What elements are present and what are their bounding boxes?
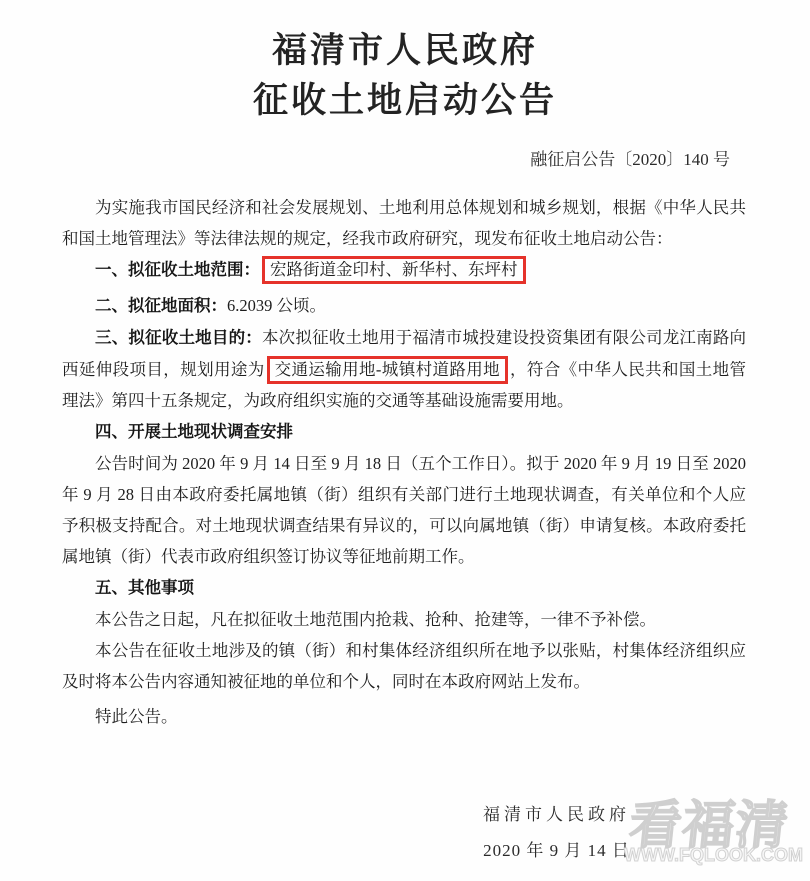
- item5-paragraph-2: 本公告在征收土地涉及的镇（街）和村集体经济组织所在地予以张贴，村集体经济组织应及…: [62, 635, 746, 697]
- item1-highlight-box: 宏路街道金印村、新华村、东坪村: [262, 256, 526, 284]
- item3-land-purpose: 三、拟征收土地目的：本次拟征收土地用于福清市城投建设投资集团有限公司龙江南路向西…: [62, 322, 746, 416]
- item4-paragraph: 公告时间为 2020 年 9 月 14 日至 9 月 18 日（五个工作日）。拟…: [62, 448, 746, 572]
- closing-statement: 特此公告。: [62, 701, 746, 732]
- item3-highlight-box: 交通运输用地-城镇村道路用地: [267, 356, 508, 384]
- item4-label: 四、开展土地现状调查安排: [95, 423, 293, 441]
- watermark: 看福清 WWW.FQLOOK.COM: [624, 801, 794, 865]
- document-body: 为实施我市国民经济和社会发展规划、土地利用总体规划和城乡规划，根据《中华人民共和…: [62, 192, 746, 732]
- item1-label: 一、拟征收土地范围：: [95, 261, 260, 279]
- intro-paragraph: 为实施我市国民经济和社会发展规划、土地利用总体规划和城乡规划，根据《中华人民共和…: [62, 192, 746, 254]
- title-line-2: 征收土地启动公告: [0, 76, 810, 126]
- item5-label: 五、其他事项: [95, 579, 194, 597]
- watermark-url: WWW.FQLOOK.COM: [624, 845, 794, 865]
- watermark-logo: 看福清: [621, 801, 796, 851]
- item1-land-scope: 一、拟征收土地范围：宏路街道金印村、新华村、东坪村: [62, 254, 746, 286]
- page-title: 福清市人民政府 征收土地启动公告: [0, 0, 810, 126]
- item5-heading: 五、其他事项: [62, 572, 746, 604]
- signature-block: 福清市人民政府 2020 年 9 月 14 日: [483, 801, 630, 865]
- item2-land-area: 二、拟征地面积：6.2039 公顷。: [62, 290, 746, 322]
- item2-value: 6.2039 公顷。: [227, 296, 326, 315]
- signature-issuer: 福清市人民政府: [483, 801, 630, 829]
- signature-date: 2020 年 9 月 14 日: [483, 837, 630, 865]
- item3-label: 三、拟征收土地目的：: [95, 329, 262, 347]
- announcement-page: 福清市人民政府 征收土地启动公告 融征启公告〔2020〕140 号 为实施我市国…: [0, 0, 810, 881]
- item5-paragraph-1: 本公告之日起，凡在拟征收土地范围内抢栽、抢种、抢建等，一律不予补偿。: [62, 604, 746, 635]
- item4-heading: 四、开展土地现状调查安排: [62, 416, 746, 448]
- title-line-1: 福清市人民政府: [0, 26, 810, 76]
- document-number: 融征启公告〔2020〕140 号: [0, 148, 810, 172]
- item2-label: 二、拟征地面积：: [95, 297, 227, 315]
